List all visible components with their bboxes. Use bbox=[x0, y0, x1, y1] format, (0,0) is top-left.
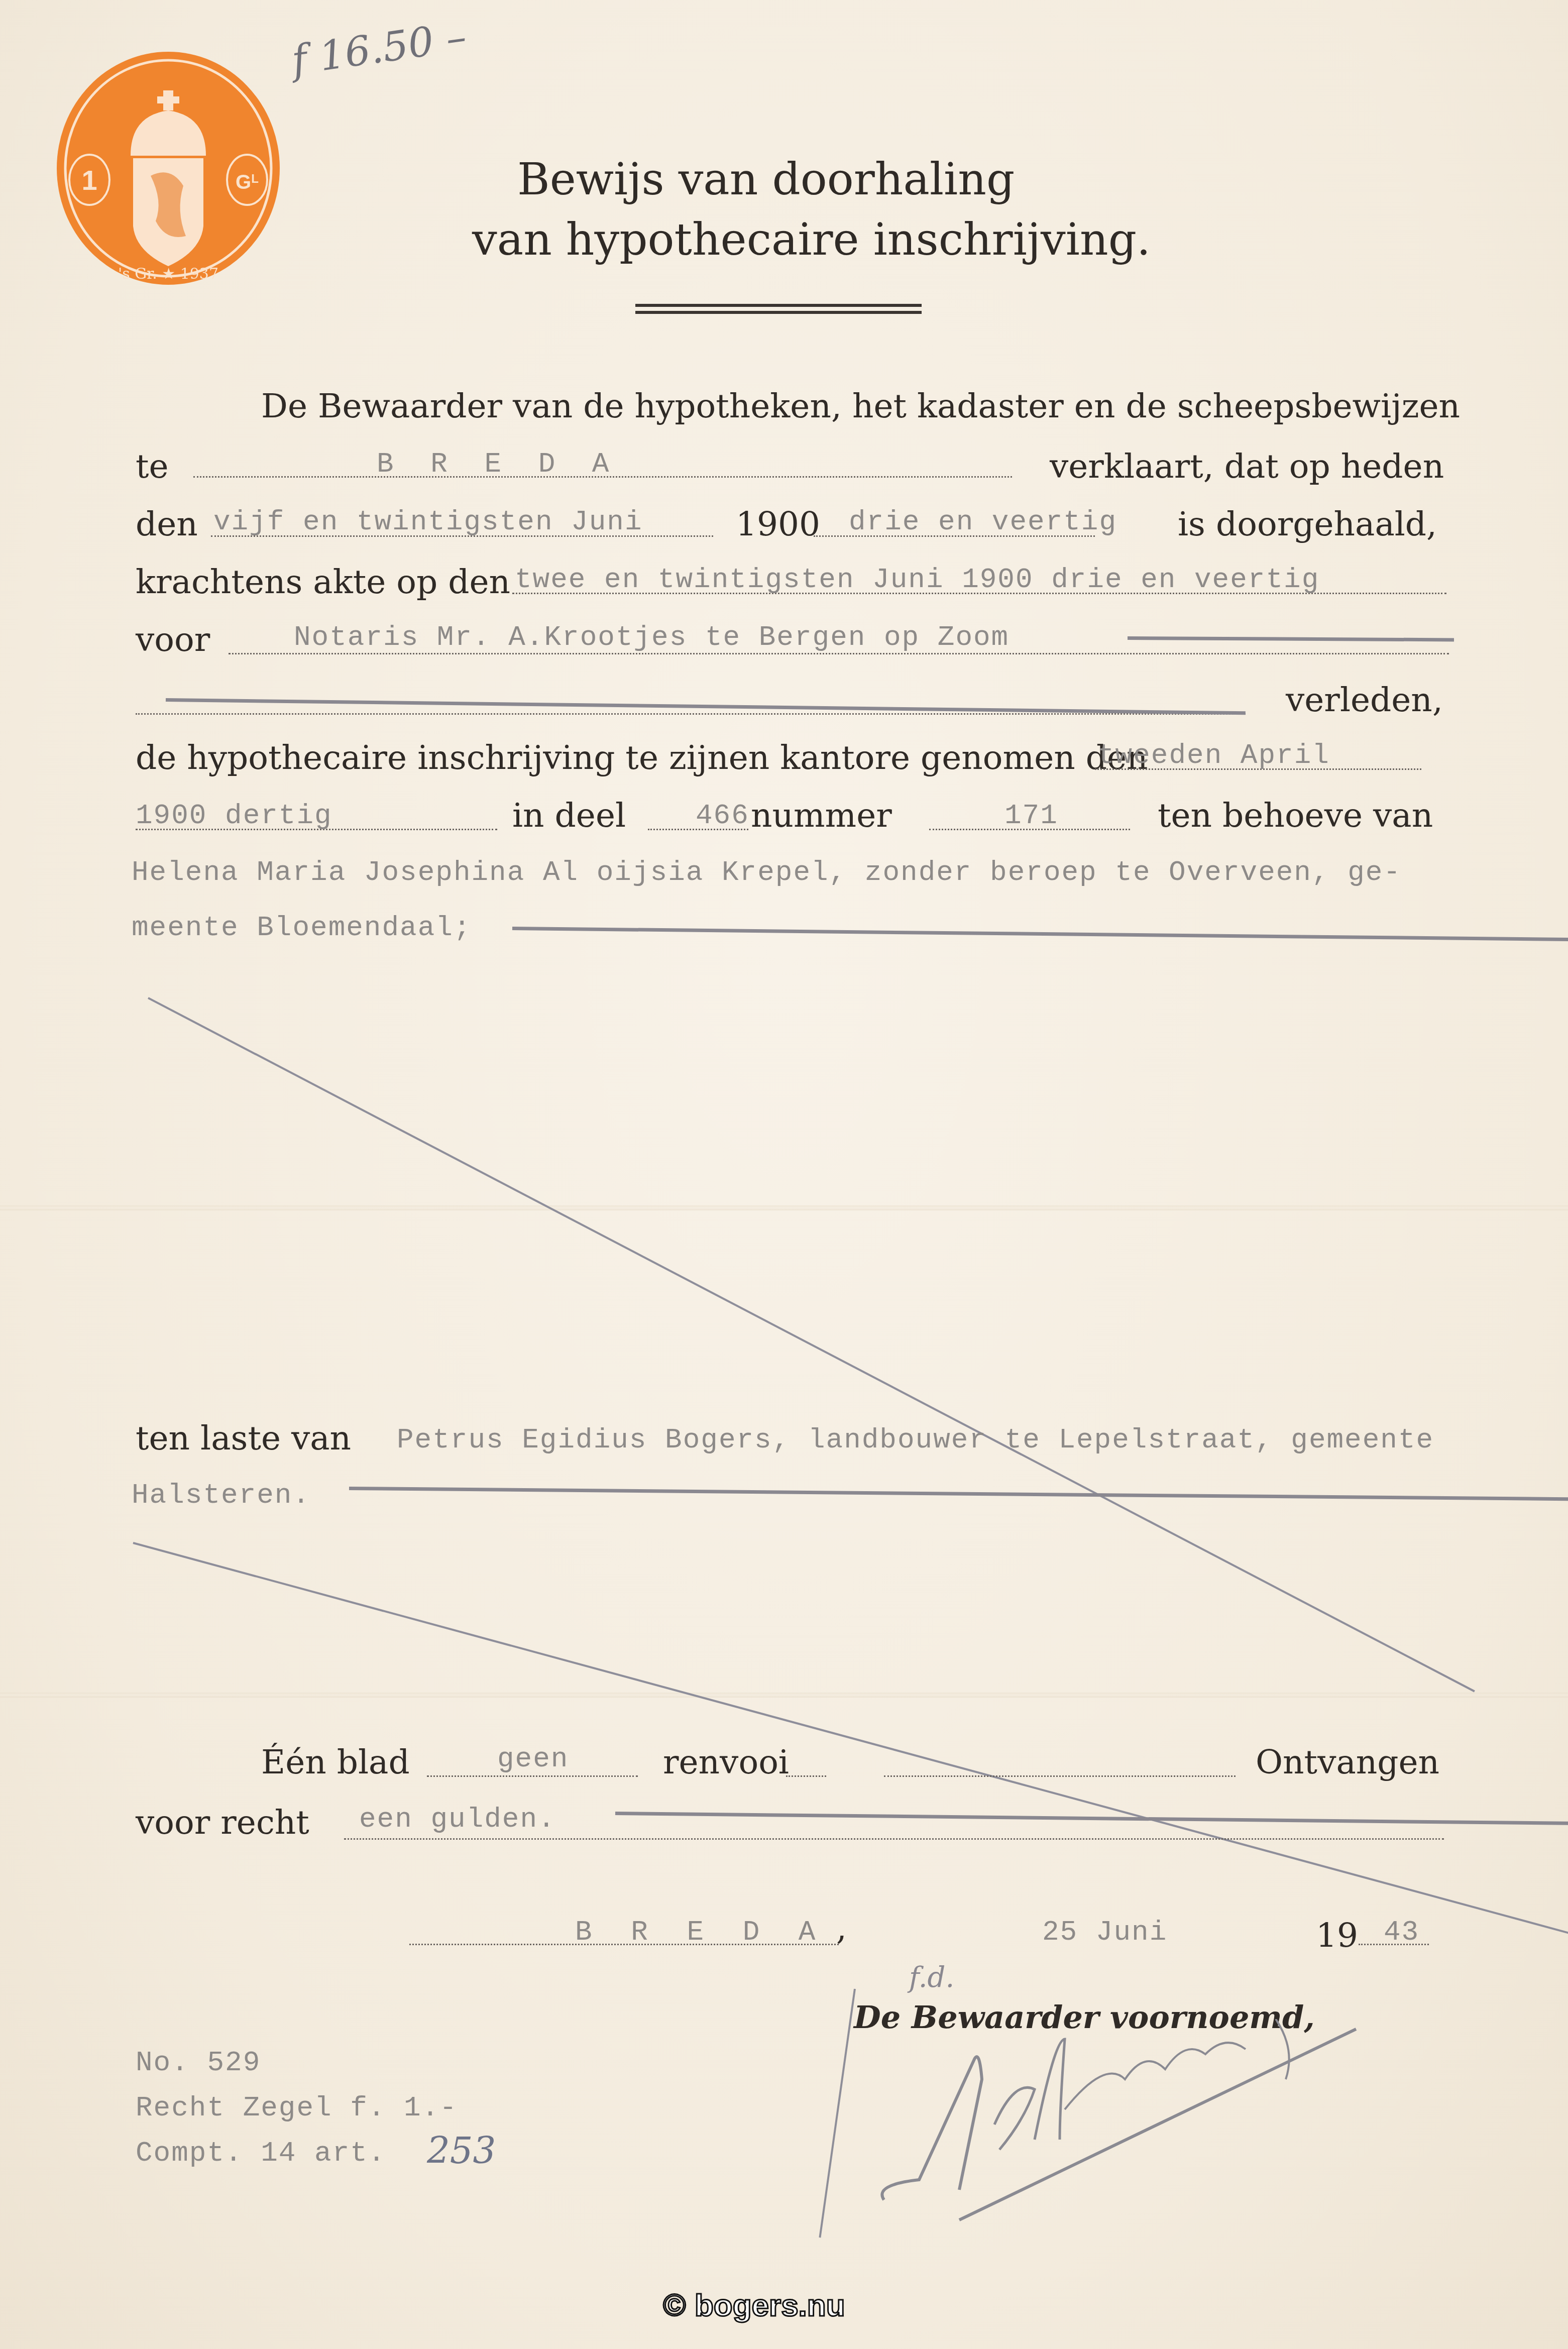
behoeve-value-line-1: Helena Maria Josephina Al oijsia Krepel,… bbox=[132, 856, 1401, 888]
voor-value: Notaris Mr. A.Krootjes te Bergen op Zoom bbox=[294, 621, 1009, 653]
coat-of-arms-icon: 1 GL 's Gr. ★ 1937 bbox=[55, 50, 281, 286]
laste-value-line-1: Petrus Egidius Bogers, landbouwer te Lep… bbox=[397, 1424, 1434, 1456]
paper-fold bbox=[0, 1693, 1568, 1698]
laste-label: ten laste van bbox=[136, 1419, 351, 1458]
year-value: drie en veertig bbox=[849, 506, 1117, 538]
diagonal-strike-line bbox=[148, 997, 1475, 1692]
strike-line bbox=[615, 1812, 1568, 1825]
fd-handwritten-note: f.d. bbox=[909, 1961, 954, 1994]
signature-year-prefix: 19 bbox=[1316, 1916, 1358, 1955]
behoeve-value-line-2: meente Bloemendaal; bbox=[132, 912, 472, 944]
title-rule bbox=[635, 304, 922, 307]
document-page: 1 GL 's Gr. ★ 1937 f 16.50 – Bewijs van … bbox=[0, 0, 1568, 2349]
recht-label: voor recht bbox=[136, 1803, 309, 1842]
doorgehaald-label: is doorgehaald, bbox=[1178, 505, 1437, 543]
article-number-handwritten: 253 bbox=[427, 2130, 496, 2172]
signature-place: B R E D A bbox=[575, 1916, 826, 1948]
place-comma: , bbox=[836, 1909, 847, 1947]
title-line-1: Bewijs van doorhaling bbox=[517, 153, 1015, 205]
signature-year-value: 43 bbox=[1384, 1916, 1419, 1948]
recht-field-line bbox=[344, 1838, 1444, 1840]
renvooi-field-line bbox=[786, 1775, 826, 1777]
inschrijving-label: de hypothecaire inschrijving te zijnen k… bbox=[136, 738, 1148, 777]
diagonal-strike-line bbox=[133, 1542, 1568, 1936]
year-prefix: 1900 bbox=[736, 505, 820, 543]
copyright-watermark: © bogers.nu bbox=[663, 2288, 845, 2323]
strike-line bbox=[349, 1487, 1568, 1501]
title-line-2: van hypothecaire inschrijving. bbox=[472, 213, 1151, 265]
document-number: No. 529 bbox=[136, 2047, 261, 2079]
blad-value: geen bbox=[497, 1743, 569, 1775]
blad-field-line bbox=[427, 1775, 638, 1777]
den-value: vijf en twintigsten Juni bbox=[213, 506, 643, 538]
verleden-label: verleden, bbox=[1286, 681, 1443, 719]
pencil-price-note: f 16.50 – bbox=[289, 13, 469, 84]
recht-value: een gulden. bbox=[359, 1803, 556, 1835]
te-value: B R E D A bbox=[377, 448, 619, 480]
svg-text:1: 1 bbox=[81, 164, 97, 196]
behoeve-label: ten behoeve van bbox=[1158, 796, 1433, 835]
genomen-year-value: 1900 dertig bbox=[136, 800, 332, 832]
strike-line bbox=[166, 698, 1246, 715]
renvooi-field-line-2 bbox=[884, 1775, 1236, 1777]
strike-line bbox=[512, 927, 1568, 941]
svg-text:'s Gr. ★ 1937: 's Gr. ★ 1937 bbox=[118, 265, 218, 283]
krachtens-label: krachtens akte op den bbox=[136, 563, 510, 601]
strike-line bbox=[1128, 636, 1454, 641]
deel-value: 466 bbox=[696, 800, 749, 832]
paper-fold bbox=[0, 1205, 1568, 1210]
nummer-value: 171 bbox=[1004, 800, 1058, 832]
verklaart-label: verklaart, dat op heden bbox=[1050, 447, 1444, 486]
handwritten-signature-icon bbox=[844, 2019, 1371, 2230]
voor-label: voor bbox=[136, 620, 210, 659]
ontvangen-label: Ontvangen bbox=[1256, 1743, 1439, 1781]
renvooi-label: renvooi bbox=[663, 1743, 789, 1781]
krachtens-value: twee en twintigsten Juni 1900 drie en ve… bbox=[515, 564, 1319, 596]
deel-label: in deel bbox=[512, 796, 626, 835]
title-rule bbox=[635, 311, 922, 314]
blad-label: Één blad bbox=[261, 1743, 410, 1781]
te-label: te bbox=[136, 447, 169, 486]
compt-label: Compt. 14 art. bbox=[136, 2137, 386, 2169]
laste-value-line-2: Halsteren. bbox=[132, 1479, 310, 1511]
den-label: den bbox=[136, 505, 198, 543]
recht-zegel: Recht Zegel f. 1.- bbox=[136, 2092, 458, 2124]
nummer-label: nummer bbox=[751, 796, 892, 835]
verleden-field-line bbox=[136, 713, 1246, 715]
signature-date: 25 Juni bbox=[1042, 1916, 1167, 1948]
genomen-value: tweeden April bbox=[1097, 739, 1330, 771]
intro-text: De Bewaarder van de hypotheken, het kada… bbox=[261, 387, 1460, 425]
